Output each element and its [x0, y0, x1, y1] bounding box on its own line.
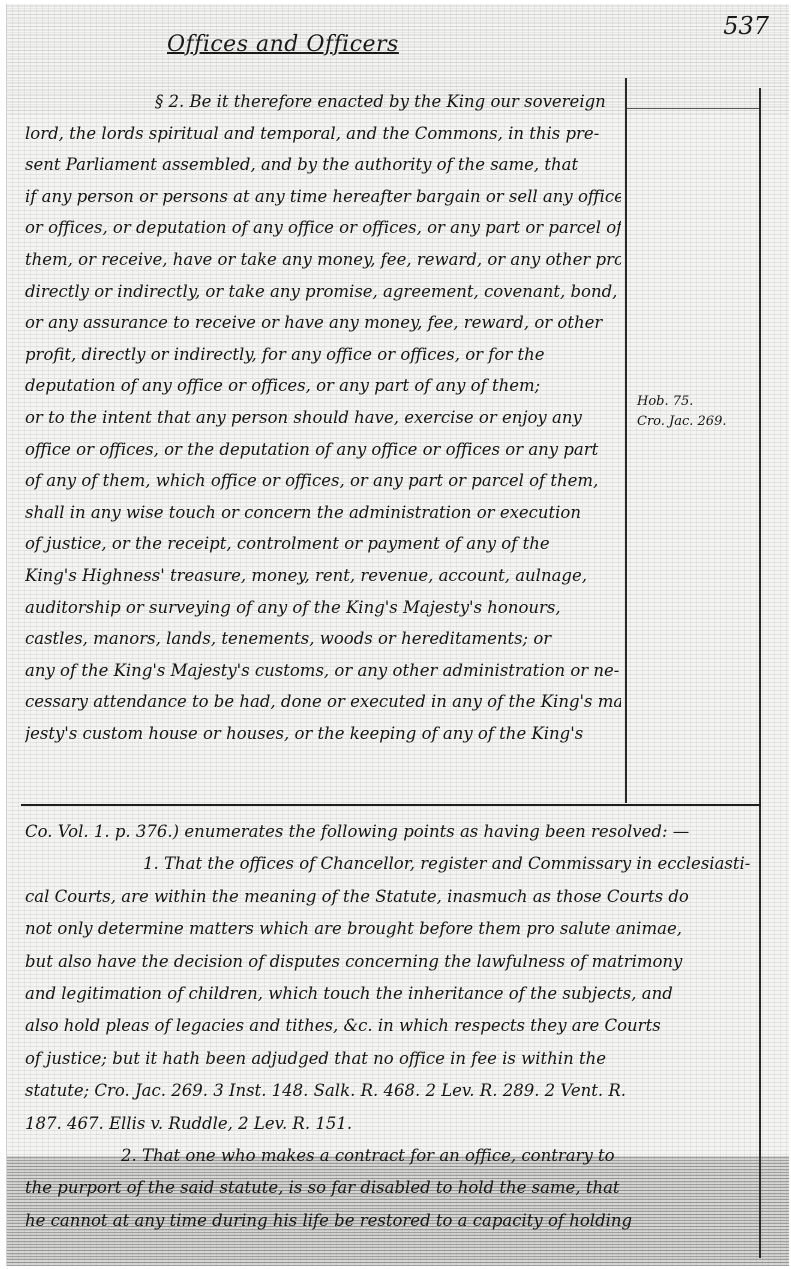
commentary-line: 2. That one who makes a contract for an …	[25, 1140, 755, 1172]
margin-header-rule	[627, 108, 759, 109]
commentary-line: the purport of the said statute, is so f…	[25, 1172, 755, 1204]
statute-section: § 2. Be it therefore enacted by the King…	[25, 86, 621, 749]
statute-line: any of the King's Majesty's customs, or …	[25, 655, 621, 687]
commentary-line: 187. 467. Ellis v. Ruddle, 2 Lev. R. 151…	[25, 1108, 755, 1140]
commentary-line: of justice; but it hath been adjudged th…	[25, 1043, 755, 1075]
statute-line: cessary attendance to be had, done or ex…	[25, 686, 621, 718]
margin-rule-right	[759, 88, 761, 1258]
page-title: Offices and Officers	[167, 32, 399, 57]
statute-line: auditorship or surveying of any of the K…	[25, 592, 621, 624]
marginal-note: Hob. 75. Cro. Jac. 269.	[637, 392, 726, 432]
manuscript-page: 537 Offices and Officers § 2. Be it ther…	[6, 4, 789, 1266]
statute-line: or to the intent that any person should …	[25, 402, 621, 434]
statute-line: King's Highness' treasure, money, rent, …	[25, 560, 621, 592]
marginal-ref: Cro. Jac. 269.	[637, 412, 726, 432]
commentary-line: he cannot at any time during his life be…	[25, 1205, 755, 1237]
statute-line: jesty's custom house or houses, or the k…	[25, 718, 621, 750]
commentary-line: statute; Cro. Jac. 269. 3 Inst. 148. Sal…	[25, 1075, 755, 1107]
commentary-line: Co. Vol. 1. p. 376.) enumerates the foll…	[25, 816, 755, 848]
commentary-line: but also have the decision of disputes c…	[25, 946, 755, 978]
statute-line: castles, manors, lands, tenements, woods…	[25, 623, 621, 655]
commentary-section: Co. Vol. 1. p. 376.) enumerates the foll…	[25, 816, 755, 1237]
statute-line: or any assurance to receive or have any …	[25, 307, 621, 339]
statute-line: directly or indirectly, or take any prom…	[25, 276, 621, 308]
margin-rule-left	[625, 78, 627, 803]
section-divider	[21, 804, 761, 806]
statute-line: of justice, or the receipt, controlment …	[25, 528, 621, 560]
statute-line: them, or receive, have or take any money…	[25, 244, 621, 276]
statute-line: § 2. Be it therefore enacted by the King…	[25, 86, 621, 118]
statute-line: profit, directly or indirectly, for any …	[25, 339, 621, 371]
statute-line: lord, the lords spiritual and temporal, …	[25, 118, 621, 150]
statute-line: of any of them, which office or offices,…	[25, 465, 621, 497]
statute-line: sent Parliament assembled, and by the au…	[25, 149, 621, 181]
commentary-line: 1. That the offices of Chancellor, regis…	[25, 848, 755, 880]
commentary-line: cal Courts, are within the meaning of th…	[25, 881, 755, 913]
statute-line: shall in any wise touch or concern the a…	[25, 497, 621, 529]
commentary-line: also hold pleas of legacies and tithes, …	[25, 1010, 755, 1042]
statute-line: office or offices, or the deputation of …	[25, 434, 621, 466]
commentary-line: and legitimation of children, which touc…	[25, 978, 755, 1010]
page-number: 537	[723, 12, 769, 40]
commentary-line: not only determine matters which are bro…	[25, 913, 755, 945]
marginal-ref: Hob. 75.	[637, 392, 726, 412]
statute-line: or offices, or deputation of any office …	[25, 212, 621, 244]
statute-line: if any person or persons at any time her…	[25, 181, 621, 213]
statute-line: deputation of any office or offices, or …	[25, 370, 621, 402]
